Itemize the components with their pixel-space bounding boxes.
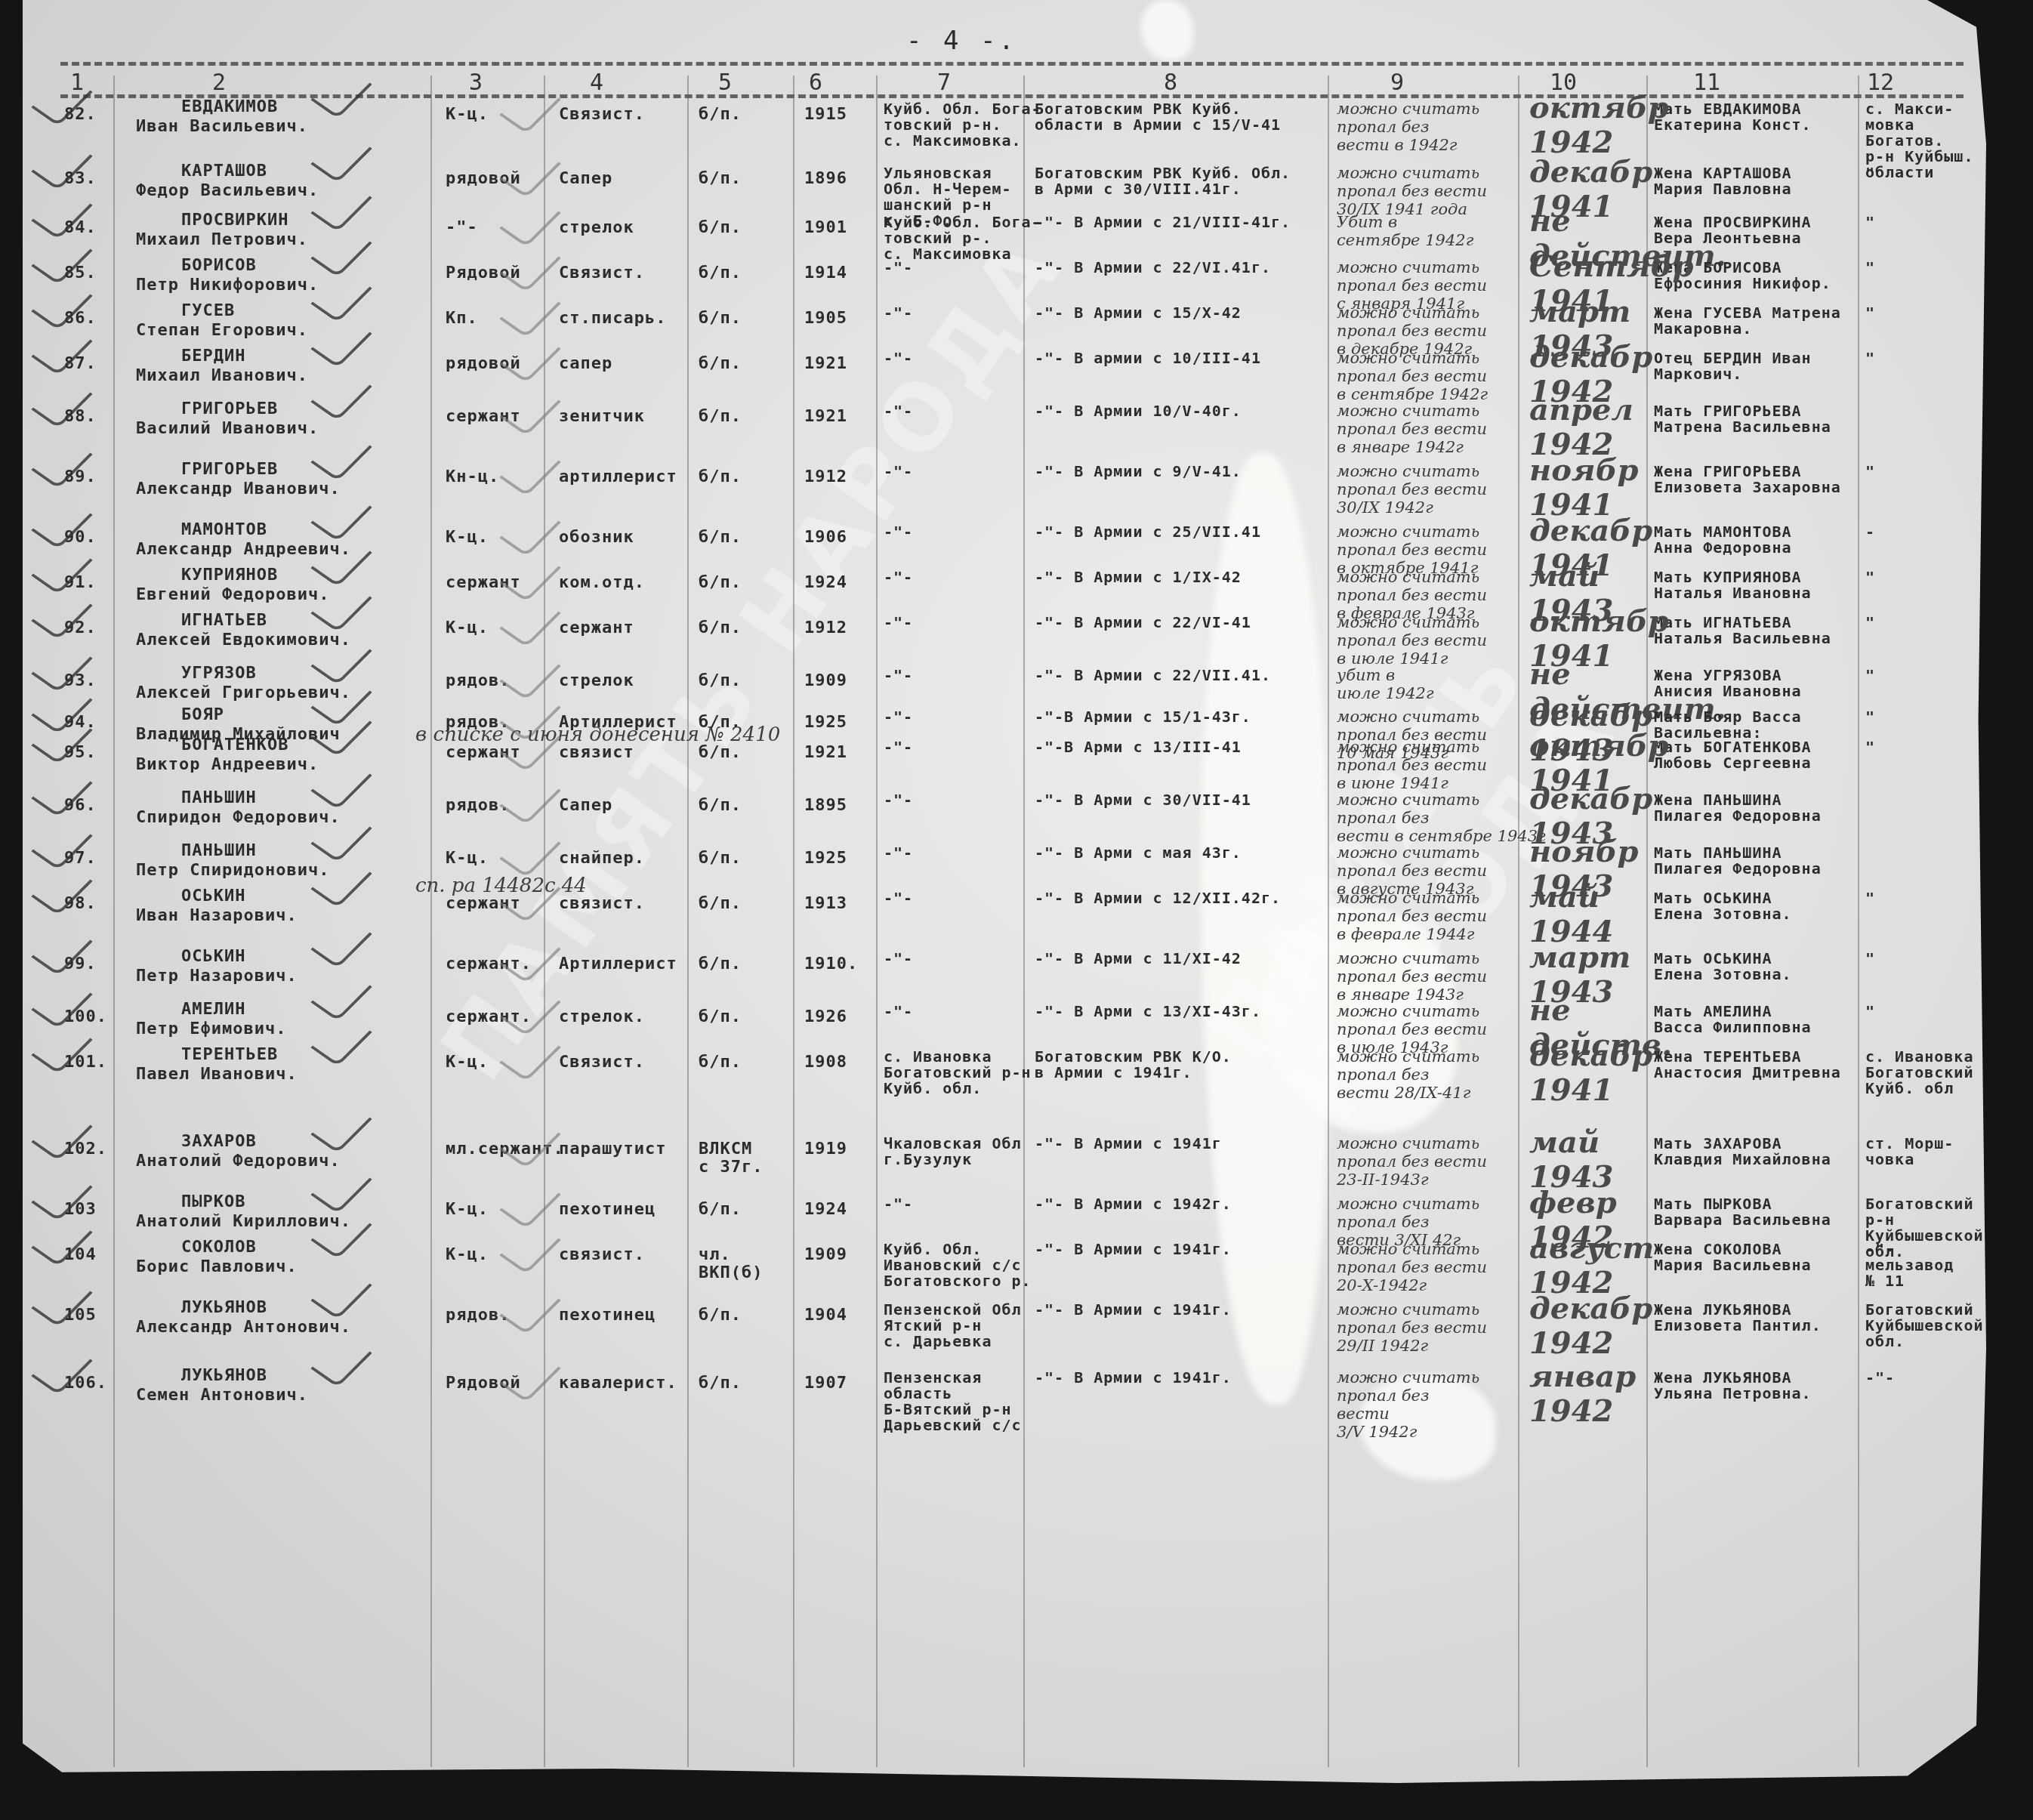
checkmark-icon	[499, 284, 561, 338]
cell-called-up: -"- В Армии с 1/IX-42	[1035, 569, 1242, 585]
cell-surname: МАМОНТОВ	[181, 521, 267, 539]
cell-relative: Мать ОСЬКИНА Елена Зотовна.	[1654, 890, 1792, 922]
column-divider	[1328, 76, 1329, 1767]
cell-called-up: -"- В Арми с 11/XI-42	[1035, 951, 1242, 967]
cell-address: "	[1865, 214, 1875, 230]
cell-name: Степан Егорович.	[136, 322, 308, 340]
cell-rank: К-ц.	[446, 619, 489, 637]
cell-surname: УГРЯЗОВ	[181, 665, 257, 683]
column-divider	[687, 76, 689, 1767]
cell-relative: Жена ТЕРЕНТЬЕВА Анастосия Дмитревна	[1654, 1049, 1841, 1081]
cell-birthplace: -"-	[884, 464, 913, 480]
checkmark-icon	[499, 1115, 561, 1168]
cell-born: 1912	[804, 468, 847, 486]
cell-party: б/п.	[699, 955, 742, 973]
cell-name: Павел Иванович.	[136, 1066, 298, 1084]
cell-fate-handwritten: можно считать пропал без вести 28/IX-41г	[1337, 1047, 1479, 1102]
column-divider	[1858, 76, 1859, 1767]
cell-surname: ЛУКЬЯНОВ	[181, 1367, 267, 1385]
cell-born: 1904	[804, 1306, 847, 1325]
cell-fate-handwritten: можно считать пропал без вести в январе …	[1337, 949, 1487, 1004]
cell-specialty: артиллерист	[559, 468, 677, 486]
cell-address: -"- мельзавод № 11	[1865, 1242, 1954, 1289]
cell-date-handwritten: декабр 1941	[1529, 1038, 1652, 1108]
cell-rank: К-ц.	[446, 529, 489, 547]
cell-birthplace: -"-	[884, 615, 913, 631]
cell-address: "	[1865, 569, 1875, 585]
cell-born: 1924	[804, 574, 847, 592]
cell-fate-handwritten: можно считать пропал без вести 30/IX 194…	[1337, 164, 1487, 218]
column-number: 4	[590, 69, 603, 96]
cell-party: чл. ВКП(б)	[699, 1246, 763, 1282]
cell-relative: Жена ГРИГОРЬЕВА Елизовета Захаровна	[1654, 464, 1841, 495]
cell-party: б/п.	[699, 1306, 742, 1325]
cell-fate-handwritten: можно считать пропал без вести в июле 19…	[1337, 613, 1487, 668]
cell-name: Иван Васильевич.	[136, 118, 308, 136]
cell-name: Федор Васильевич.	[136, 182, 319, 200]
cell-surname: ОСЬКИН	[181, 948, 245, 966]
cell-surname: ПАНЬШИН	[181, 789, 257, 807]
cell-called-up: -"- В Армии с 1941г.	[1035, 1242, 1232, 1257]
cell-called-up: -"- В Армии с 12/XII.42г.	[1035, 890, 1281, 906]
cell-born: 1926	[804, 1008, 847, 1026]
checkmark-icon	[499, 771, 561, 825]
cell-relative: Мать Бояр Васса Васильевна:	[1654, 709, 1802, 741]
cell-party: б/п.	[699, 355, 742, 373]
checkmark-icon	[310, 269, 372, 322]
checkmark-icon	[499, 443, 561, 496]
checkmark-icon	[499, 548, 561, 602]
cell-relative: Мать ЕВДАКИМОВА Екатерина Конст.	[1654, 101, 1812, 133]
cell-birthplace: -"-	[884, 524, 913, 540]
cell-party: б/п.	[699, 468, 742, 486]
cell-fate-handwritten: можно считать пропал без вести 20-X-1942…	[1337, 1240, 1487, 1294]
checkmark-icon	[310, 1013, 372, 1066]
checkmark-icon	[310, 756, 372, 810]
column-number: 12	[1867, 69, 1894, 96]
cell-birthplace: -"-	[884, 792, 913, 808]
cell-address: "	[1865, 464, 1875, 480]
cell-specialty: кавалерист.	[559, 1374, 677, 1393]
cell-born: 1925	[804, 714, 847, 732]
cell-born: 1901	[804, 219, 847, 237]
cell-surname: ПЫРКОВ	[181, 1193, 245, 1211]
cell-party: б/п.	[699, 619, 742, 637]
cell-party: б/п.	[699, 219, 742, 237]
cell-name: Александр Андреевич.	[136, 541, 351, 559]
cell-called-up: Богатовским РВК Куйб. Обл. в Арми с 30/V…	[1035, 165, 1291, 197]
cell-address: "	[1865, 951, 1875, 967]
checkmark-icon	[310, 367, 372, 421]
cell-name: Александр Иванович.	[136, 480, 341, 498]
cell-born: 1896	[804, 170, 847, 188]
cell-party: б/п.	[699, 895, 742, 913]
cell-name: Петр Спиридонович.	[136, 862, 329, 880]
cell-fate-handwritten: можно считать пропал без вести в феврале…	[1337, 889, 1487, 943]
cell-birthplace: Чкаловская Обл г.Бузулук	[884, 1136, 1022, 1168]
checkmark-icon	[310, 129, 372, 183]
cell-relative: Жена ПАНЬШИНА Пилагея Федоровна	[1654, 792, 1822, 824]
cell-party: ВЛКСМ с 37г.	[699, 1140, 763, 1177]
cell-birthplace: -"-	[884, 350, 913, 366]
cell-name: Александр Антонович.	[136, 1319, 351, 1337]
cell-birthplace: -"-	[884, 845, 913, 861]
cell-rank: К-ц.	[446, 106, 489, 124]
cell-called-up: -"- В Армии с 22/VII.41.	[1035, 668, 1271, 683]
cell-party: б/п.	[699, 1053, 742, 1072]
cell-fate-handwritten: можно считать пропал без вести в сентябр…	[1337, 791, 1546, 845]
cell-party: б/п.	[699, 264, 742, 282]
cell-relative: Жена СОКОЛОВА Мария Васильевна	[1654, 1242, 1812, 1273]
cell-party: б/п.	[699, 106, 742, 124]
cell-specialty: Сапер	[559, 170, 612, 188]
cell-surname: БОГАТЕНКОВ	[181, 736, 288, 754]
cell-name: Алексей Евдокимович.	[136, 631, 351, 649]
cell-surname: ЛУКЬЯНОВ	[181, 1299, 267, 1317]
document-sheet: ПАМЯТЬ НАРОДА ПАМЯТЬ НАРОДА - 4 -. 1 2 3…	[23, 0, 1986, 1797]
cell-specialty: стрелок	[559, 672, 634, 690]
cell-born: 1921	[804, 744, 847, 762]
cell-fate-handwritten: Убит в сентябре 1942г	[1337, 213, 1473, 249]
cell-specialty: пехотинец	[559, 1306, 656, 1325]
column-divider	[544, 76, 545, 1767]
column-number: 3	[469, 69, 483, 96]
cell-surname: КАРТАШОВ	[181, 162, 267, 180]
cell-born: 1913	[804, 895, 847, 913]
column-number: 6	[809, 69, 822, 96]
cell-birthplace: Куйб. Обл. Ивановский с/с Богатовского р…	[884, 1242, 1032, 1289]
cell-surname: ТЕРЕНТЬЕВ	[181, 1046, 278, 1064]
cell-birthplace: -"-	[884, 739, 913, 755]
cell-name: Анатолий Федорович.	[136, 1152, 341, 1171]
column-number: 5	[718, 69, 732, 96]
cell-surname: АМЕЛИН	[181, 1001, 245, 1019]
cell-party: б/п.	[699, 408, 742, 426]
cell-surname: ИГНАТЬЕВ	[181, 612, 267, 630]
cell-rank: Кн-ц.	[446, 468, 499, 486]
cell-birthplace: -"-	[884, 569, 913, 585]
cell-address: "	[1865, 305, 1875, 321]
cell-relative: Жена КАРТАШОВА Мария Павловна	[1654, 165, 1792, 197]
cell-specialty: связист.	[559, 895, 645, 913]
cell-specialty: связист.	[559, 1246, 645, 1264]
column-divider	[1023, 76, 1025, 1767]
cell-surname: ГРИГОРЬЕВ	[181, 461, 278, 479]
cell-specialty: пехотинец	[559, 1201, 656, 1219]
cell-party: б/п.	[699, 170, 742, 188]
cell-surname: БОЯР	[181, 706, 224, 724]
cell-born: 1921	[804, 408, 847, 426]
checkmark-icon	[310, 967, 372, 1021]
checkmark-icon	[499, 80, 561, 134]
cell-born: 1914	[804, 264, 847, 282]
cell-born: 1909	[804, 672, 847, 690]
cell-relative: Мать ПЫРКОВА Варвара Васильевна	[1654, 1196, 1831, 1228]
cell-specialty: сержант	[559, 619, 634, 637]
cell-name: Спиридон Федорович.	[136, 809, 341, 827]
cell-called-up: -"- В Армии с 21/VIII-41г.	[1035, 214, 1291, 230]
cell-surname: БОРИСОВ	[181, 257, 257, 275]
cell-name: Борис Павлович.	[136, 1258, 298, 1276]
cell-birthplace: -"-	[884, 1196, 913, 1212]
cell-specialty: стрелок	[559, 219, 634, 237]
cell-specialty: ком.отд.	[559, 574, 645, 592]
cell-born: 1907	[804, 1374, 847, 1393]
cell-address: "	[1865, 615, 1875, 631]
cell-called-up: -"- В Армии 10/V-40г.	[1035, 403, 1242, 419]
cell-called-up: -"- В Армии с 9/V-41.	[1035, 464, 1242, 480]
cell-called-up: -"- В Армии с 1942г.	[1035, 1196, 1232, 1212]
cell-born: 1921	[804, 355, 847, 373]
checkmark-icon	[310, 1334, 372, 1387]
cell-fate-handwritten: можно считать пропал без вести 3/V 1942г	[1337, 1368, 1479, 1441]
cell-surname: ГРИГОРЬЕВ	[181, 400, 278, 418]
cell-address: "	[1865, 260, 1875, 276]
checkmark-icon	[499, 503, 561, 557]
cell-party: б/п.	[699, 310, 742, 328]
cell-address: "	[1865, 668, 1875, 683]
checkmark-icon	[499, 1349, 561, 1402]
cell-relative: Отец БЕРДИН Иван Маркович.	[1654, 350, 1812, 382]
cell-address: ст. Морш- човка	[1865, 1136, 1954, 1168]
cell-birthplace: -"-	[884, 709, 913, 725]
cell-relative: Мать КУПРИЯНОВА Наталья Ивановна	[1654, 569, 1812, 601]
column-divider	[876, 76, 878, 1767]
cell-specialty: Связист.	[559, 1053, 645, 1072]
cell-address: "	[1865, 1004, 1875, 1020]
cell-name: Евгений Федорович.	[136, 586, 329, 604]
cell-date-handwritten: январ 1942	[1529, 1359, 1636, 1429]
cell-name: Иван Назарович.	[136, 907, 298, 925]
cell-address: "	[1865, 350, 1875, 366]
cell-surname: СОКОЛОВ	[181, 1239, 257, 1257]
cell-born: 1906	[804, 529, 847, 547]
cell-name: Петр Никифорович.	[136, 276, 319, 295]
checkmark-icon	[499, 1281, 561, 1334]
cell-fate-handwritten: можно считать пропал без вести в июне 19…	[1337, 738, 1487, 792]
cell-called-up: Богатовским РВК Куйб. области в Армии с …	[1035, 101, 1281, 133]
cell-party: б/п.	[699, 744, 742, 762]
cell-called-up: -"- В Армии с 1941г.	[1035, 1370, 1232, 1386]
cell-born: 1905	[804, 310, 847, 328]
cell-fate-handwritten: можно считать пропал без вести 23-II-194…	[1337, 1134, 1487, 1189]
cell-surname: КУПРИЯНОВ	[181, 566, 278, 585]
cell-called-up: -"-В Армии с 15/1-43г.	[1035, 709, 1251, 725]
cell-party: б/п.	[699, 529, 742, 547]
cell-name: Петр Назарович.	[136, 967, 298, 986]
column-number: 11	[1693, 69, 1720, 96]
cell-name: Михаил Иванович.	[136, 367, 308, 385]
cell-party: б/п.	[699, 850, 742, 868]
cell-called-up: -"- В Армии с 1941г.	[1035, 1302, 1232, 1318]
cell-birthplace: -"-	[884, 890, 913, 906]
cell-party: б/п.	[699, 797, 742, 815]
checkmark-icon	[310, 65, 372, 119]
checkmark-icon	[499, 1220, 561, 1274]
cell-address: "	[1865, 165, 1875, 181]
cell-surname: БЕРДИН	[181, 347, 245, 366]
cell-birthplace: Куйб. Обл. Бога- товский р-. с. Максимов…	[884, 214, 1041, 262]
checkmark-icon	[310, 178, 372, 232]
page-number: - 4 -.	[906, 26, 1017, 56]
cell-surname: ЗАХАРОВ	[181, 1133, 257, 1151]
cell-relative: Мать ОСЬКИНА Елена Зотовна.	[1654, 951, 1792, 982]
cell-fate-handwritten: можно считать пропал без вести в 1942г	[1337, 100, 1479, 154]
cell-address: "	[1865, 890, 1875, 906]
cell-party: б/п.	[699, 672, 742, 690]
cell-birthplace: -"-	[884, 403, 913, 419]
cell-called-up: -"- В Армии с 1941г	[1035, 1136, 1222, 1152]
cell-called-up: -"- В Арми с 13/XI-43г.	[1035, 1004, 1261, 1020]
cell-relative: Мать МАМОНТОВА Анна Федоровна	[1654, 524, 1792, 556]
cell-specialty: снайпер.	[559, 850, 645, 868]
cell-date-handwritten: декабр 1942	[1529, 1291, 1652, 1361]
cell-born: 1924	[804, 1201, 847, 1219]
cell-relative: Жена ЛУКЬЯНОВА Ульяна Петровна.	[1654, 1370, 1812, 1402]
cell-date-handwritten: октябр 1942	[1529, 91, 1669, 160]
cell-surname: ОСЬКИН	[181, 887, 245, 905]
cell-name: Михаил Петрович.	[136, 231, 308, 249]
column-divider	[1646, 76, 1648, 1767]
cell-called-up: -"-В Арми с 13/III-41	[1035, 739, 1242, 755]
cell-specialty: парашутист	[559, 1140, 666, 1158]
cell-name: Василий Иванович.	[136, 420, 319, 438]
cell-specialty: ст.писарь.	[559, 310, 666, 328]
cell-birthplace: Пензенской Обл Ятский р-н с. Дарьевка	[884, 1302, 1022, 1350]
checkmark-icon	[499, 239, 561, 292]
handwritten-annotation: в списке с июня донесения № 2410	[415, 726, 780, 744]
cell-specialty: обозник	[559, 529, 634, 547]
water-stain	[1140, 0, 1193, 60]
cell-fate-handwritten: можно считать пропал без вести 29/II 194…	[1337, 1300, 1487, 1355]
cell-fate-handwritten: можно считать пропал без вести 30/IX 194…	[1337, 462, 1487, 517]
cell-called-up: -"- В Армии с 22/VI-41	[1035, 615, 1251, 631]
checkmark-icon	[499, 1175, 561, 1229]
checkmark-icon	[310, 427, 372, 481]
cell-fate-handwritten: можно считать пропал без вести в сентябр…	[1337, 349, 1488, 403]
cell-relative: Мать ГРИГОРЬЕВА Матрена Васильевна	[1654, 403, 1831, 435]
cell-relative: Мать ИГНАТЬЕВА Наталья Васильевна	[1654, 615, 1831, 646]
cell-birthplace: -"-	[884, 1004, 913, 1020]
cell-party: б/п.	[699, 1008, 742, 1026]
cell-relative: Мать БОГАТЕНКОВА Любовь Сергеевна	[1654, 739, 1812, 771]
cell-birthplace: Куйб. Обл. Бога- товский р-н. с. Максимо…	[884, 101, 1041, 149]
checkmark-icon	[310, 314, 372, 368]
cell-specialty: Связист.	[559, 106, 645, 124]
cell-party: б/п.	[699, 1374, 742, 1393]
cell-address: с. Макси- мовка Богатов. р-н Куйбыш. обл…	[1865, 101, 1973, 180]
cell-surname: ПАНЬШИН	[181, 842, 257, 860]
cell-name: Петр Ефимович.	[136, 1020, 286, 1038]
cell-specialty: Связист.	[559, 264, 645, 282]
cell-birthplace: -"-	[884, 305, 913, 321]
cell-name: Семен Антонович.	[136, 1387, 308, 1405]
cell-name: Анатолий Кириллович.	[136, 1213, 351, 1231]
checkmark-icon	[499, 329, 561, 383]
handwritten-annotation: сп. ра 14482с 44	[415, 877, 587, 895]
cell-fate-handwritten: убит в июле 1942г	[1337, 666, 1434, 702]
cell-party: б/п.	[699, 574, 742, 592]
cell-party: б/п.	[699, 1201, 742, 1219]
cell-relative: Мать ЗАХАРОВА Клавдия Михайловна	[1654, 1136, 1831, 1168]
checkmark-icon	[499, 594, 561, 647]
cell-rank: Кп.	[446, 310, 478, 328]
checkmark-icon	[310, 224, 372, 277]
checkmark-icon	[499, 382, 561, 436]
cell-called-up: -"- В Армии с 25/VII.41	[1035, 524, 1261, 540]
cell-born: 1910.	[804, 955, 858, 973]
cell-born: 1912	[804, 619, 847, 637]
cell-name: Виктор Андреевич.	[136, 756, 319, 774]
column-divider	[113, 76, 115, 1767]
cell-specialty: зенитчик	[559, 408, 645, 426]
cell-born: 1925	[804, 850, 847, 868]
cell-called-up: -"- В Армии с 22/VI.41г.	[1035, 260, 1271, 276]
column-divider	[430, 76, 432, 1767]
checkmark-icon	[310, 1100, 372, 1153]
cell-address: "	[1865, 739, 1875, 755]
cell-address: "	[1865, 709, 1875, 725]
checkmark-icon	[499, 193, 561, 247]
cell-birthplace: -"-	[884, 668, 913, 683]
cell-called-up: -"- В Арми с мая 43г.	[1035, 845, 1242, 861]
cell-relative: Мать ПАНЬШИНА Пилагея Федоровна	[1654, 845, 1822, 877]
cell-called-up: -"- В Арми с 30/VII-41	[1035, 792, 1251, 808]
cell-surname: ГУСЕВ	[181, 302, 235, 320]
cell-rank: -"-	[446, 219, 478, 237]
cell-specialty: Артиллерист	[559, 955, 677, 973]
column-divider	[1518, 76, 1519, 1767]
cell-fate-handwritten: можно считать пропал без вести в январе …	[1337, 402, 1487, 456]
cell-specialty: связист	[559, 744, 634, 762]
cell-born: 1909	[804, 1246, 847, 1264]
cell-born: 1915	[804, 106, 847, 124]
cell-specialty: стрелок.	[559, 1008, 645, 1026]
cell-relative: Мать АМЕЛИНА Васса Филипповна	[1654, 1004, 1812, 1035]
cell-rank: К-ц.	[446, 1201, 489, 1219]
cell-rank: К-ц.	[446, 1246, 489, 1264]
cell-relative: Жена ГУСЕВА Матрена Макаровна.	[1654, 305, 1841, 337]
cell-born: 1908	[804, 1053, 847, 1072]
cell-birthplace: -"-	[884, 260, 913, 276]
cell-address: -"-	[1865, 1370, 1895, 1386]
cell-called-up: -"- В армии с 10/III-41	[1035, 350, 1261, 366]
cell-birthplace: с. Ивановка Богатовский р-н Куйб. обл.	[884, 1049, 1032, 1097]
cell-rank: К-ц.	[446, 850, 489, 868]
cell-rank: К-ц.	[446, 1053, 489, 1072]
cell-address: Богатовский Куйбышевской обл.	[1865, 1302, 1984, 1350]
column-number: 8	[1164, 69, 1177, 96]
cell-specialty: сапер	[559, 355, 612, 373]
cell-address: с. Ивановка Богатовский РВК: Куйб. обл	[1865, 1049, 2023, 1097]
column-number: 7	[937, 69, 951, 96]
cell-specialty: Сапер	[559, 797, 612, 815]
cell-born: 1919	[804, 1140, 847, 1158]
cell-birthplace: -"-	[884, 951, 913, 967]
cell-born: 1895	[804, 797, 847, 815]
cell-address: -	[1865, 524, 1875, 540]
cell-relative: Жена ЛУКЬЯНОВА Елизовета Пантил.	[1654, 1302, 1822, 1334]
cell-surname: ЕВДАКИМОВ	[181, 98, 278, 116]
checkmark-icon	[310, 915, 372, 968]
column-divider	[793, 76, 794, 1767]
cell-called-up: -"- В Армии с 15/X-42	[1035, 305, 1242, 321]
column-number: 2	[212, 69, 226, 96]
cell-surname: ПРОСВИРКИН	[181, 211, 288, 230]
checkmark-icon	[499, 144, 561, 198]
column-number: 9	[1390, 69, 1404, 96]
cell-called-up: Богатовским РВК К/О. в Армии с 1941г.	[1035, 1049, 1232, 1081]
